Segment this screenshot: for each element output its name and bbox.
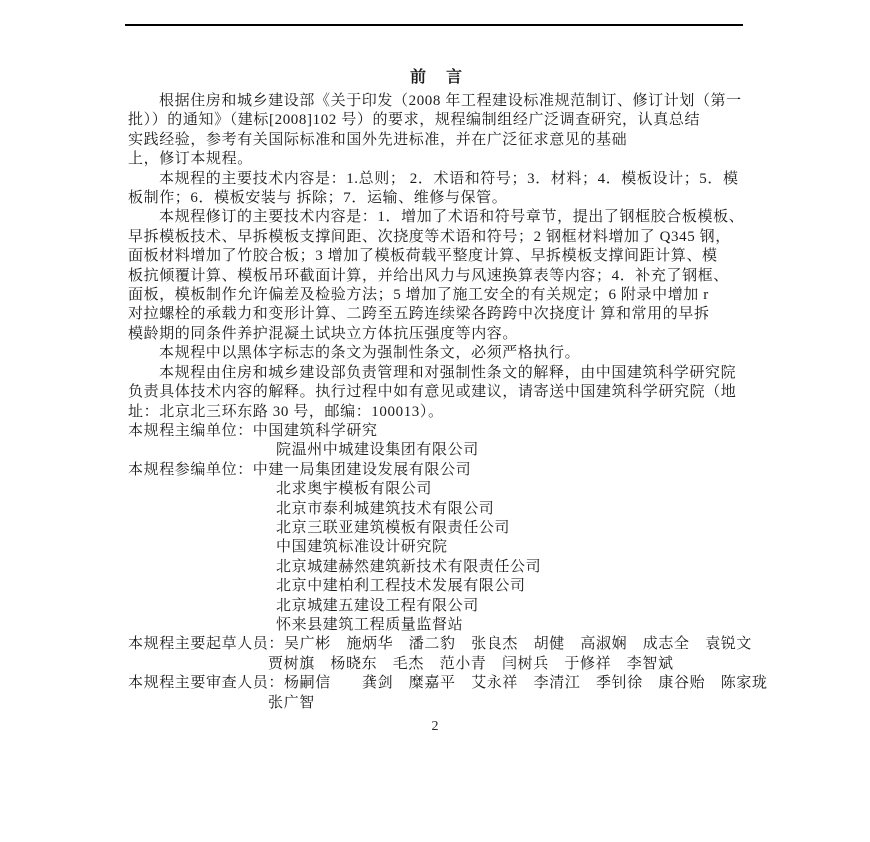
text-line: 面板材料增加了竹胶合板；3 增加了模板荷载平整度计算、早拆模板支撑间距计算、模 — [128, 247, 746, 266]
text-line: 实践经验，参考有关国际标准和国外先进标准，并在广泛征求意见的基础 — [128, 131, 746, 150]
text-line: 早拆模板技术、早拆模板支撑间距、次挠度等术语和符号；2 钢框材料增加了 Q345… — [128, 228, 746, 247]
text-line: 上，修订本规程。 — [128, 150, 746, 169]
text-line: 本规程修订的主要技术内容是：1．增加了术语和符号章节，提出了钢框胶合板模板、 — [128, 208, 746, 227]
text-line: 贾树旗 杨晓东 毛杰 范小青 闫树兵 于修祥 李智斌 — [128, 655, 746, 674]
document-page: 前 言 根据住房和城乡建设部《关于印发（2008 年工程建设标准规范制订、修订计… — [0, 0, 870, 842]
text-line: 本规程的主要技术内容是：1.总则； 2．术语和符号；3．材料；4．模板设计；5．… — [128, 170, 746, 189]
text-line: 模龄期的同条件养护混凝土试块立方体抗压强度等内容。 — [128, 325, 746, 344]
header-rule — [125, 24, 743, 26]
text-line: 本规程由住房和城乡建设部负责管理和对强制性条文的解释，由中国建筑科学研究院 — [128, 364, 746, 383]
text-line: 本规程中以黑体字标志的条文为强制性条文，必须严格执行。 — [128, 344, 746, 363]
page-title: 前 言 — [128, 66, 746, 90]
text-line: 北京城建赫然建筑新技术有限责任公司 — [128, 558, 746, 577]
text-line: 根据住房和城乡建设部《关于印发（2008 年工程建设标准规范制订、修订计划（第一 — [128, 92, 746, 111]
text-line: 板抗倾覆计算、模板吊环截面计算，并给出风力与风速换算表等内容；4．补充了钢框、 — [128, 267, 746, 286]
text-line: 面板，模板制作允许偏差及检验方法；5 增加了施工安全的有关规定；6 附录中增加 … — [128, 286, 746, 305]
text-line: 北京市泰利城建筑技术有限公司 — [128, 500, 746, 519]
text-line: 北京中建柏利工程技术发展有限公司 — [128, 577, 746, 596]
text-line: 本规程主编单位：中国建筑科学研究 — [128, 422, 746, 441]
body-lines: 根据住房和城乡建设部《关于印发（2008 年工程建设标准规范制订、修订计划（第一… — [128, 92, 746, 713]
text-line: 北京三联亚建筑模板有限责任公司 — [128, 519, 746, 538]
text-line: 北求奥宇模板有限公司 — [128, 480, 746, 499]
text-line: 址：北京北三环东路 30 号，邮编：100013）。 — [128, 403, 746, 422]
text-line: 张广智 — [128, 694, 746, 713]
text-line: 北京城建五建设工程有限公司 — [128, 597, 746, 616]
text-line: 对拉螺栓的承载力和变形计算、二跨至五跨连续梁各跨跨中次挠度计 算和常用的早拆 — [128, 305, 746, 324]
text-line: 批））的通知》（建标[2008]102 号）的要求，规程编制组经广泛调查研究，认… — [128, 111, 746, 130]
text-line: 怀来县建筑工程质量监督站 — [128, 616, 746, 635]
text-line: 本规程主要起草人员：吴广彬 施炳华 潘二豹 张良杰 胡健 高淑娴 成志全 袁锐文 — [128, 635, 746, 654]
document-body: 前 言 根据住房和城乡建设部《关于印发（2008 年工程建设标准规范制订、修订计… — [128, 66, 746, 713]
text-line: 负责具体技术内容的解释。执行过程中如有意见或建议，请寄送中国建筑科学研究院（地 — [128, 383, 746, 402]
page-number: 2 — [0, 719, 870, 735]
text-line: 院温州中城建设集团有限公司 — [128, 441, 746, 460]
text-line: 本规程主要审查人员：杨嗣信 龚剑 糜嘉平 艾永祥 李清江 季钊徐 康谷贻 陈家珑 — [128, 674, 746, 693]
text-line: 本规程参编单位：中建一局集团建设发展有限公司 — [128, 461, 746, 480]
text-line: 中国建筑标准设计研究院 — [128, 538, 746, 557]
text-line: 板制作；6．模板安装与 拆除；7．运输、维修与保管。 — [128, 189, 746, 208]
